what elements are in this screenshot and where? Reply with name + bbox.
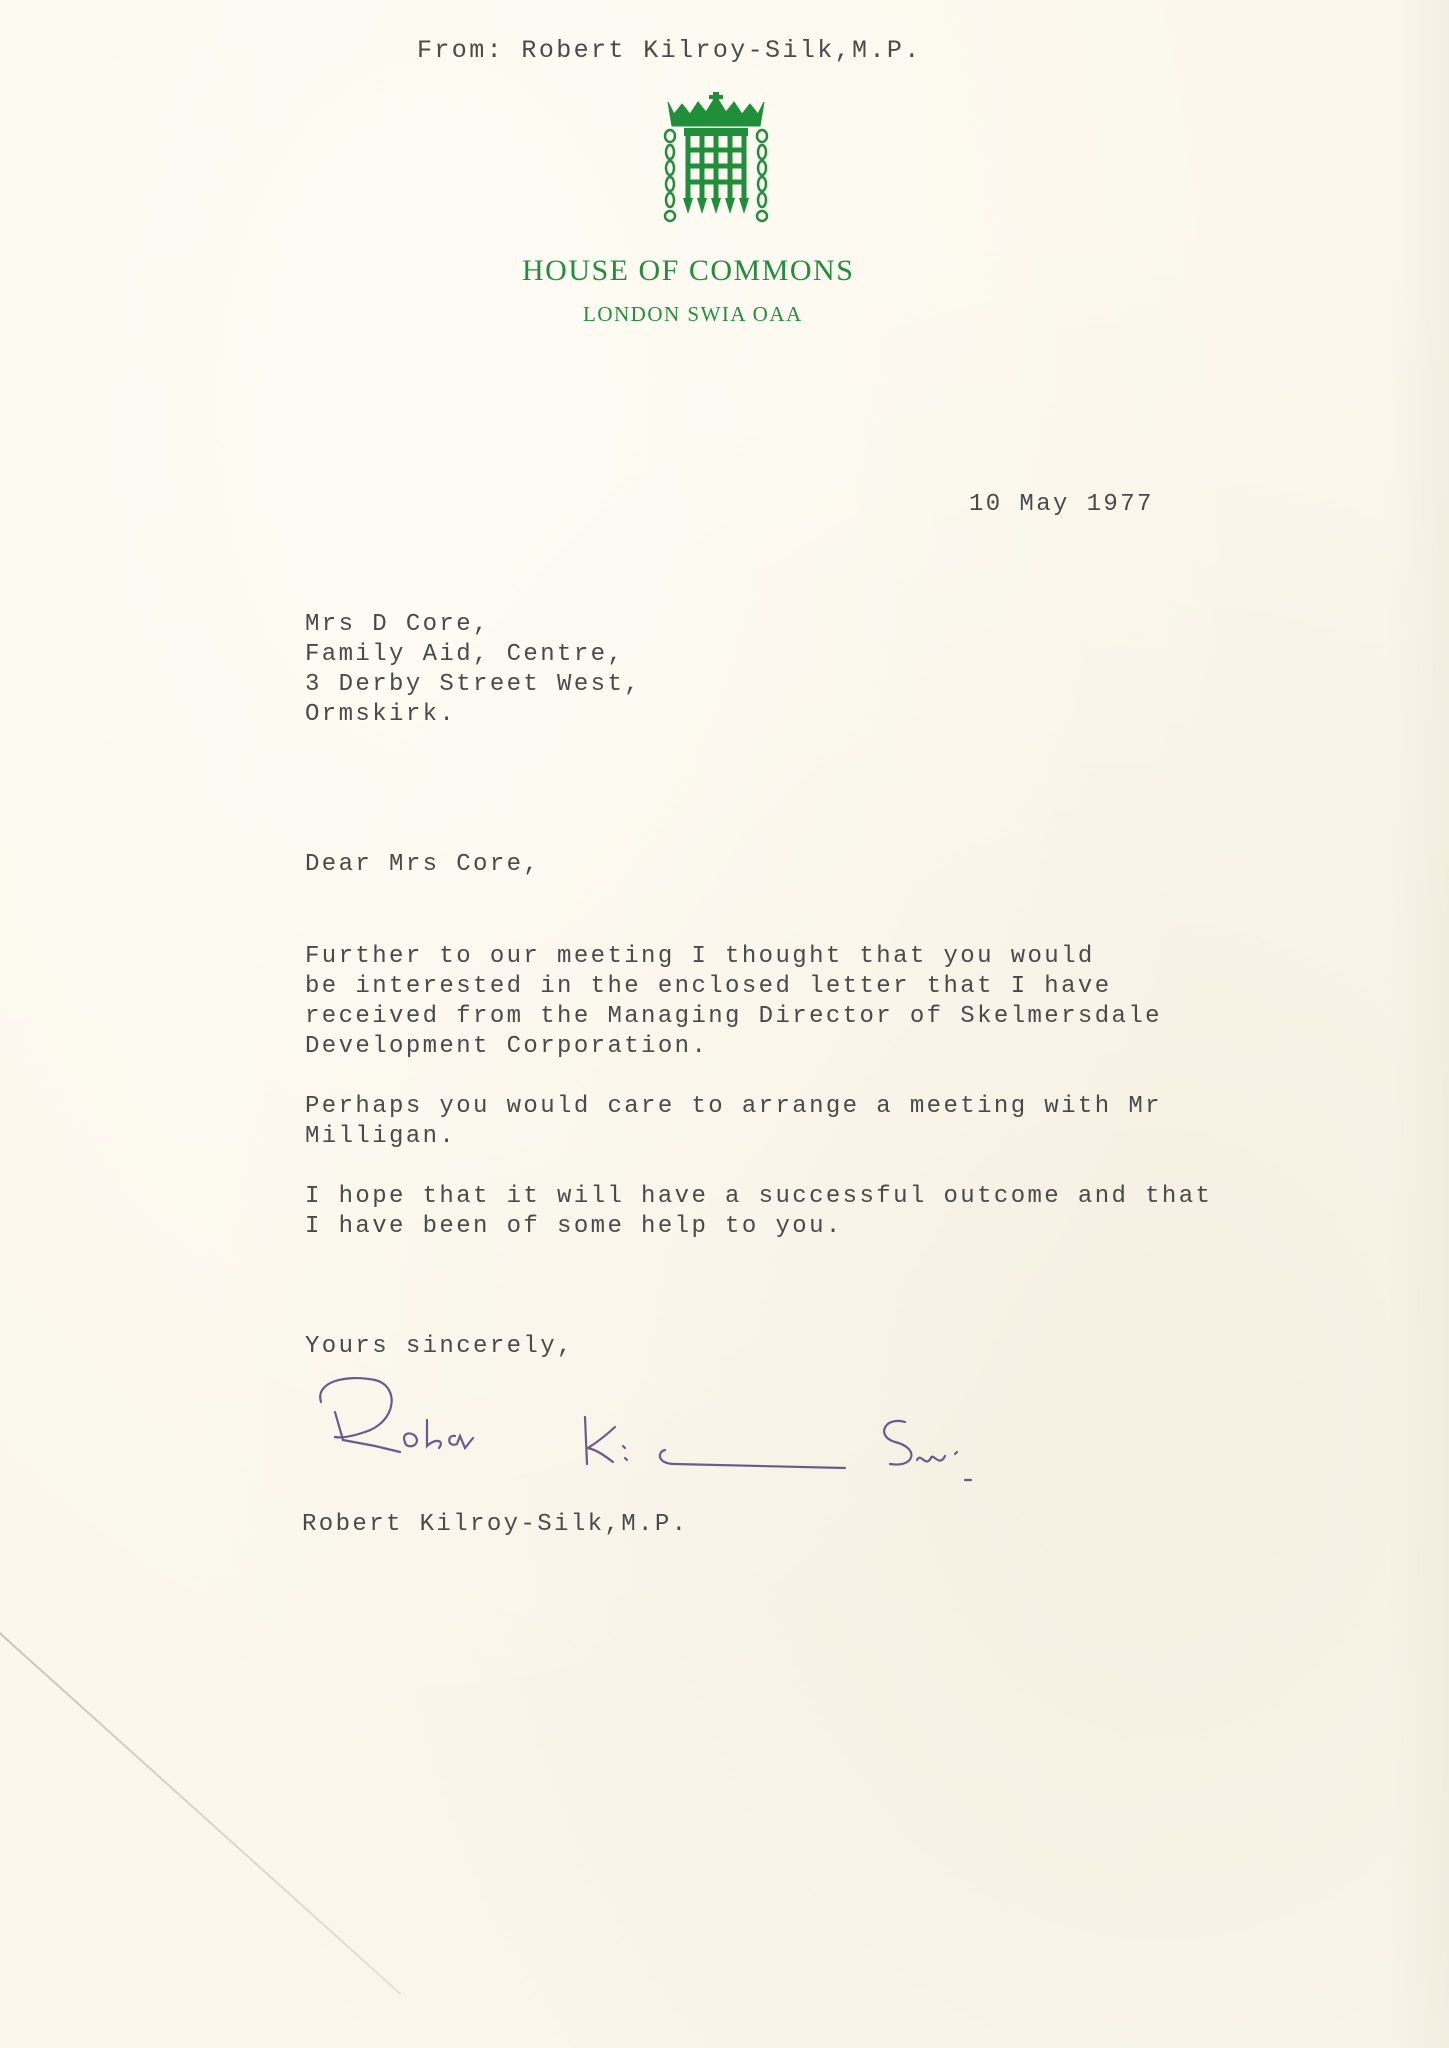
institution-address: LONDON SWIA OAA xyxy=(583,302,803,327)
body-paragraph-2: Perhaps you would care to arrange a meet… xyxy=(305,1092,1162,1152)
recipient-line: 3 Derby Street West, xyxy=(305,670,641,700)
body-paragraph-3: I hope that it will have a successful ou… xyxy=(305,1182,1212,1242)
recipient-address: Mrs D Core, Family Aid, Centre, 3 Derby … xyxy=(305,610,641,730)
body-line: Development Corporation. xyxy=(305,1032,1162,1062)
portcullis-crown-icon xyxy=(660,92,772,224)
from-line: From: Robert Kilroy-Silk,M.P. xyxy=(417,36,922,66)
body-paragraph-1: Further to our meeting I thought that yo… xyxy=(305,942,1162,1062)
body-line: I have been of some help to you. xyxy=(305,1212,1212,1242)
body-line: received from the Managing Director of S… xyxy=(305,1002,1162,1032)
signatory-name: Robert Kilroy-Silk,M.P. xyxy=(302,1510,688,1540)
paper-fold-crease xyxy=(0,1632,401,1995)
salutation: Dear Mrs Core, xyxy=(305,850,540,880)
body-line: Further to our meeting I thought that yo… xyxy=(305,942,1162,972)
body-line: be interested in the enclosed letter tha… xyxy=(305,972,1162,1002)
paper-edge-shadow xyxy=(1389,0,1449,2048)
institution-name: HOUSE OF COMMONS xyxy=(522,254,854,288)
recipient-line: Family Aid, Centre, xyxy=(305,640,641,670)
recipient-line: Mrs D Core, xyxy=(305,610,641,640)
body-line: Milligan. xyxy=(305,1122,1162,1152)
recipient-line: Ormskirk. xyxy=(305,700,641,730)
body-line: I hope that it will have a successful ou… xyxy=(305,1182,1212,1212)
handwritten-signature xyxy=(305,1372,985,1502)
body-line: Perhaps you would care to arrange a meet… xyxy=(305,1092,1162,1122)
letter-date: 10 May 1977 xyxy=(969,490,1154,520)
closing: Yours sincerely, xyxy=(305,1332,574,1362)
